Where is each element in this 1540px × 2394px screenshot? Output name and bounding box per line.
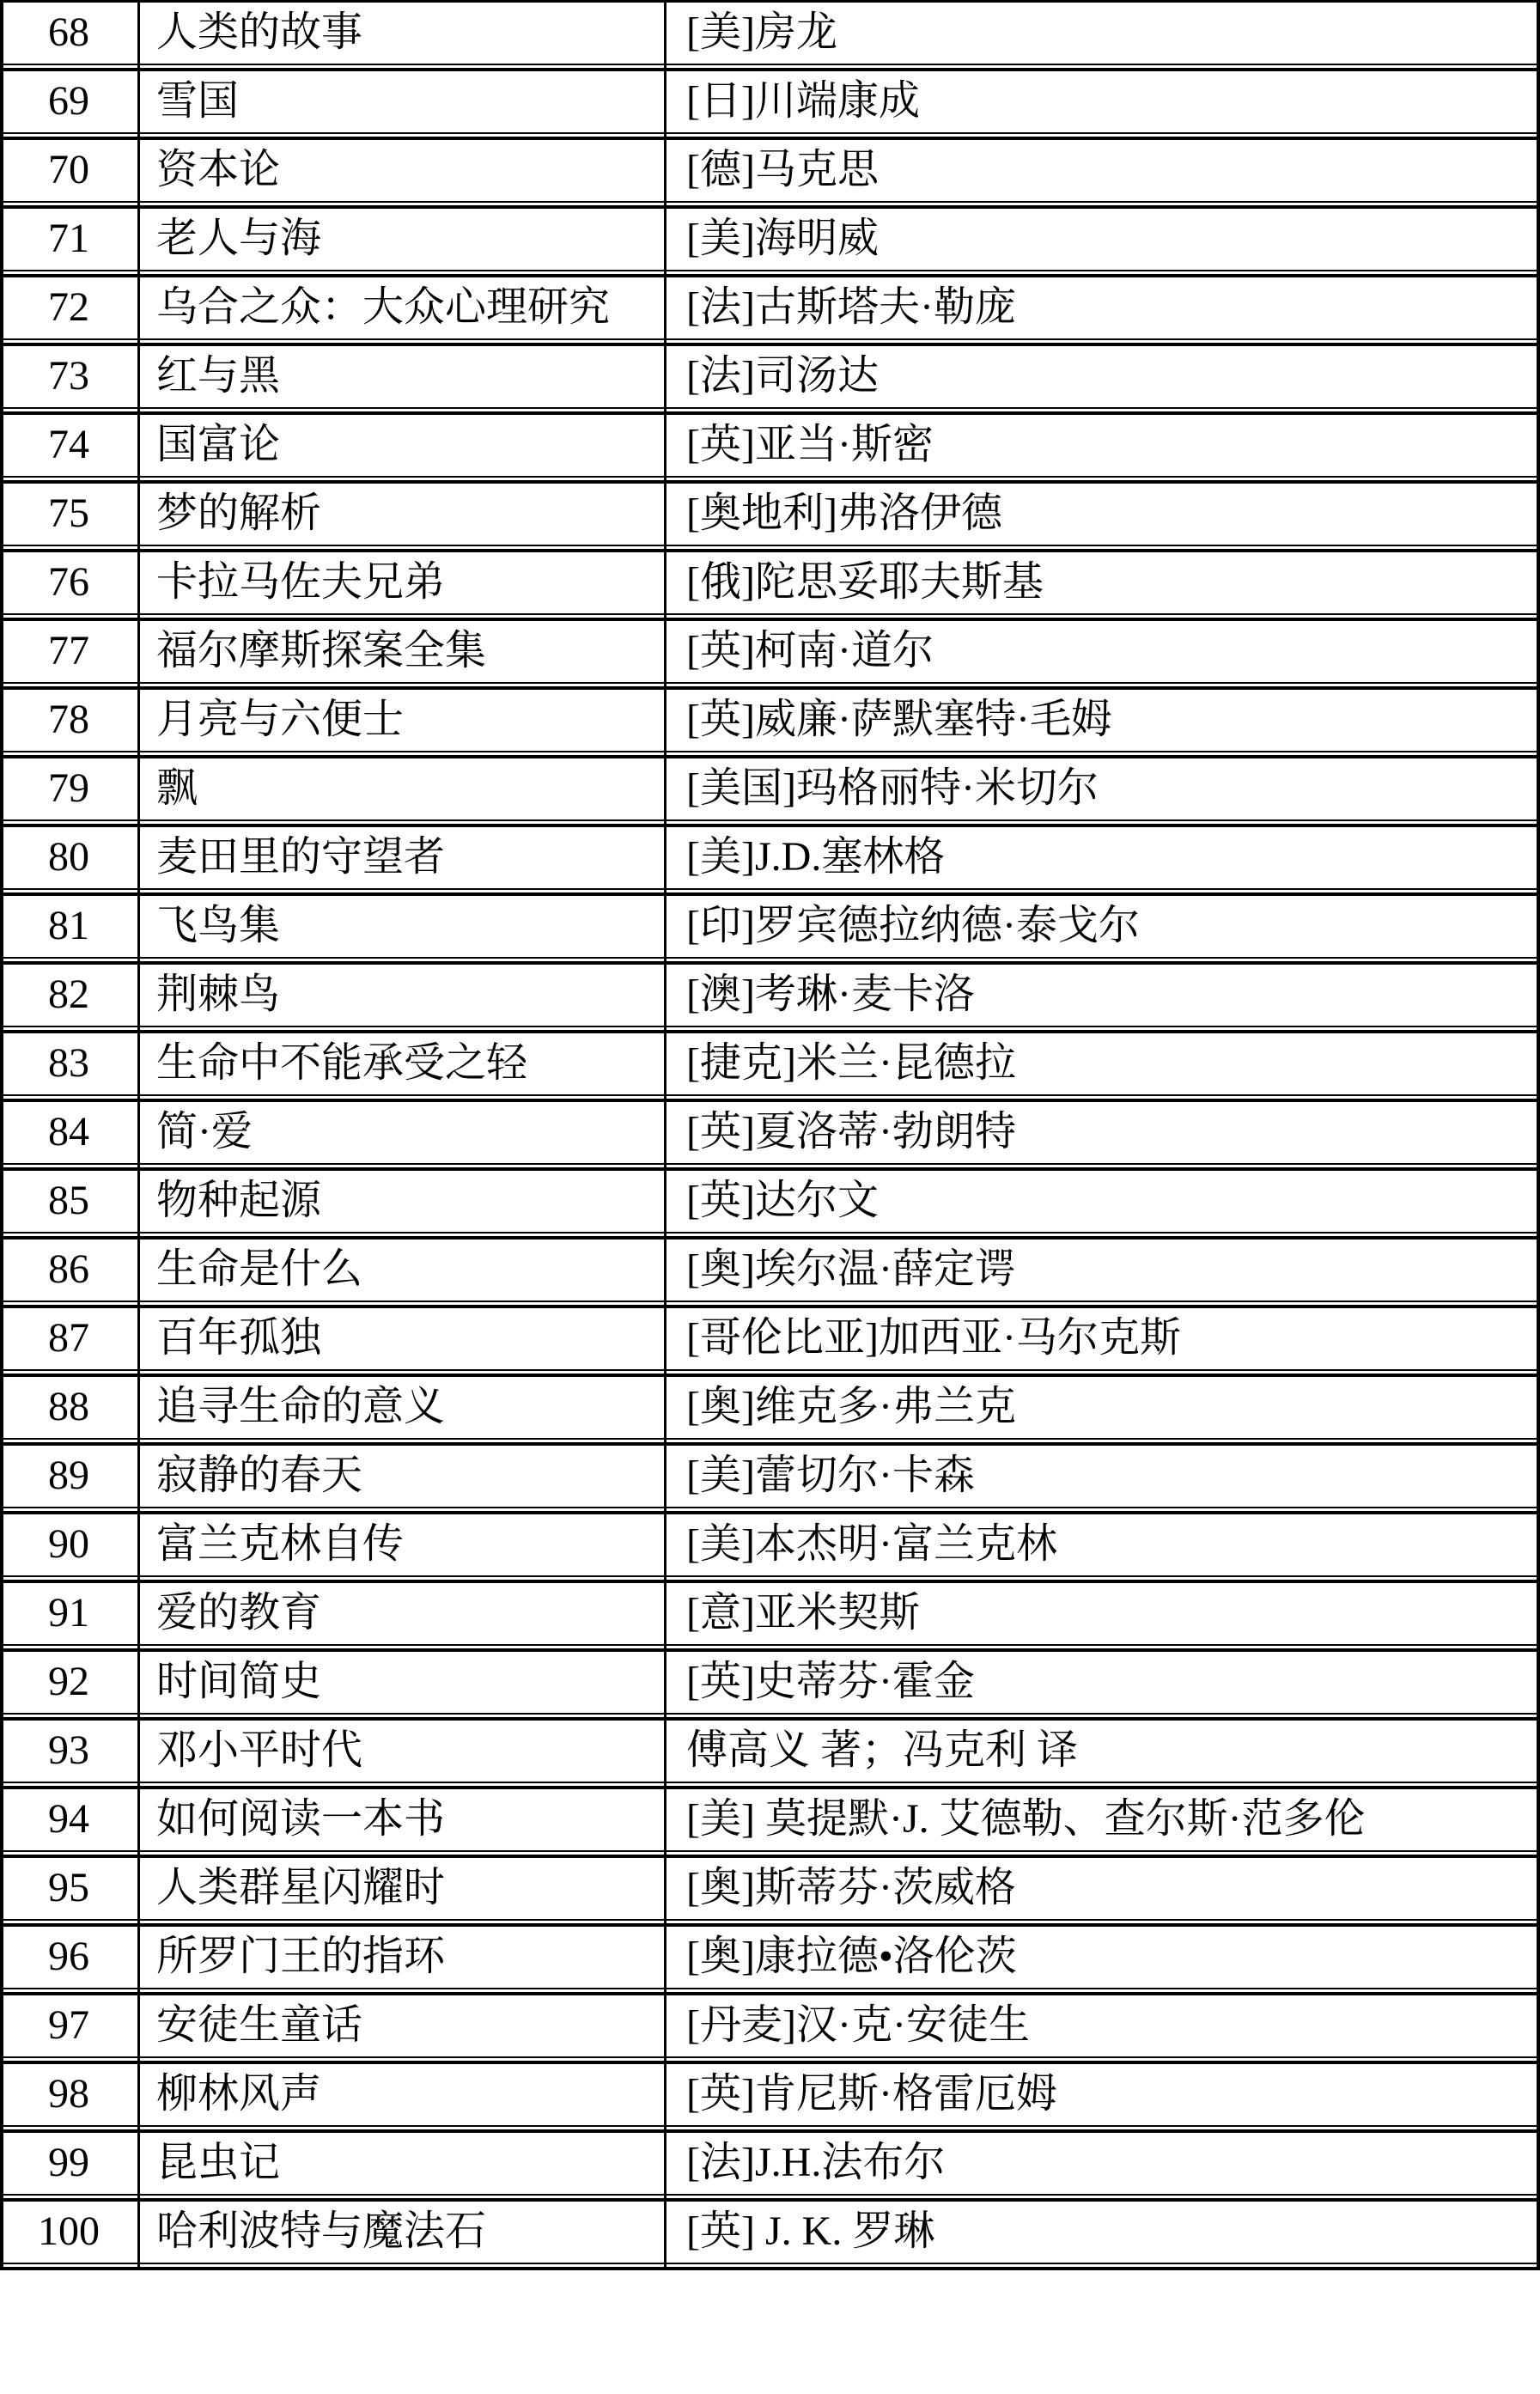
book-author-cell: [英] J. K. 罗琳	[664, 2209, 1540, 2255]
book-number-cell: 87	[0, 1316, 137, 1361]
book-number-cell: 83	[0, 1041, 137, 1087]
book-number-cell: 70	[0, 148, 137, 193]
book-author-cell: [英]达尔文	[664, 1179, 1540, 1224]
book-number-cell: 91	[0, 1591, 137, 1636]
book-number-cell: 76	[0, 560, 137, 606]
book-author-cell: [法]司汤达	[664, 354, 1540, 399]
book-title-cell: 生命是什么	[137, 1247, 664, 1293]
table-rows: 68 人类的故事 [美]房龙 69 雪国 [日]川端康成 70 资本论 [德]马…	[0, 3, 1540, 2270]
book-title-cell: 物种起源	[137, 1179, 664, 1224]
book-author-cell: [法]古斯塔夫·勒庞	[664, 285, 1540, 331]
book-title-cell: 雪国	[137, 79, 664, 125]
book-number-cell: 73	[0, 354, 137, 399]
book-number-cell: 68	[0, 10, 137, 56]
table-row: 82 荆棘鸟 [澳]考琳·麦卡洛	[0, 965, 1540, 1033]
table-row: 78 月亮与六便士 [英]威廉·萨默塞特·毛姆	[0, 690, 1540, 758]
table-row: 98 柳林风声 [英]肯尼斯·格雷厄姆	[0, 2064, 1540, 2133]
document-page: 68 人类的故事 [美]房龙 69 雪国 [日]川端康成 70 资本论 [德]马…	[0, 0, 1540, 2394]
table-border-left	[0, 0, 3, 2270]
book-title-cell: 梦的解析	[137, 491, 664, 537]
book-number-cell: 88	[0, 1385, 137, 1430]
book-author-cell: [美] 莫提默·J. 艾德勒、查尔斯·范多伦	[664, 1797, 1540, 1843]
book-author-cell: [日]川端康成	[664, 79, 1540, 125]
book-author-cell: [法]J.H.法布尔	[664, 2141, 1540, 2186]
book-title-cell: 红与黑	[137, 354, 664, 399]
book-author-cell: [英]史蒂芬·霍金	[664, 1660, 1540, 1705]
book-title-cell: 时间简史	[137, 1660, 664, 1705]
book-number-cell: 85	[0, 1179, 137, 1224]
table-row: 83 生命中不能承受之轻 [捷克]米兰·昆德拉	[0, 1033, 1540, 1102]
book-number-cell: 69	[0, 79, 137, 125]
table-row: 97 安徒生童话 [丹麦]汉·克·安徒生	[0, 1995, 1540, 2064]
table-row: 69 雪国 [日]川端康成	[0, 71, 1540, 140]
book-title-cell: 富兰克林自传	[137, 1522, 664, 1568]
book-author-cell: [美]J.D.塞林格	[664, 835, 1540, 880]
book-title-cell: 寂静的春天	[137, 1453, 664, 1499]
book-number-cell: 79	[0, 766, 137, 812]
book-number-cell: 99	[0, 2141, 137, 2186]
book-title-cell: 福尔摩斯探案全集	[137, 629, 664, 674]
table-row: 74 国富论 [英]亚当·斯密	[0, 415, 1540, 484]
table-row: 77 福尔摩斯探案全集 [英]柯南·道尔	[0, 621, 1540, 690]
book-title-cell: 飞鸟集	[137, 904, 664, 949]
book-title-cell: 卡拉马佐夫兄弟	[137, 560, 664, 606]
book-title-cell: 爱的教育	[137, 1591, 664, 1636]
book-title-cell: 简·爱	[137, 1110, 664, 1155]
table-border-right	[1537, 0, 1540, 2270]
table-column-divider-1	[137, 0, 140, 2270]
book-title-cell: 人类的故事	[137, 10, 664, 56]
book-number-cell: 75	[0, 491, 137, 537]
book-title-cell: 人类群星闪耀时	[137, 1866, 664, 1911]
table-row: 95 人类群星闪耀时 [奥]斯蒂芬·茨威格	[0, 1858, 1540, 1927]
book-number-cell: 90	[0, 1522, 137, 1568]
table-row: 71 老人与海 [美]海明威	[0, 209, 1540, 277]
book-author-cell: [美]海明威	[664, 216, 1540, 262]
book-author-cell: [美]蕾切尔·卡森	[664, 1453, 1540, 1499]
book-author-cell: [英]夏洛蒂·勃朗特	[664, 1110, 1540, 1155]
table-row: 90 富兰克林自传 [美]本杰明·富兰克林	[0, 1514, 1540, 1583]
book-number-cell: 82	[0, 972, 137, 1018]
reading-list-table: 68 人类的故事 [美]房龙 69 雪国 [日]川端康成 70 资本论 [德]马…	[0, 0, 1540, 2270]
table-row: 68 人类的故事 [美]房龙	[0, 3, 1540, 71]
book-number-cell: 74	[0, 423, 137, 468]
table-row: 86 生命是什么 [奥]埃尔温·薛定谔	[0, 1240, 1540, 1308]
table-row: 80 麦田里的守望者 [美]J.D.塞林格	[0, 827, 1540, 896]
table-row: 76 卡拉马佐夫兄弟 [俄]陀思妥耶夫斯基	[0, 552, 1540, 621]
book-author-cell: [奥]斯蒂芬·茨威格	[664, 1866, 1540, 1911]
book-author-cell: [德]马克思	[664, 148, 1540, 193]
book-title-cell: 追寻生命的意义	[137, 1385, 664, 1430]
table-row: 99 昆虫记 [法]J.H.法布尔	[0, 2133, 1540, 2202]
book-author-cell: [美]本杰明·富兰克林	[664, 1522, 1540, 1568]
book-title-cell: 邓小平时代	[137, 1728, 664, 1774]
book-title-cell: 如何阅读一本书	[137, 1797, 664, 1843]
book-number-cell: 84	[0, 1110, 137, 1155]
book-author-cell: [奥地利]弗洛伊德	[664, 491, 1540, 537]
table-row: 70 资本论 [德]马克思	[0, 140, 1540, 209]
book-author-cell: [英]亚当·斯密	[664, 423, 1540, 468]
book-title-cell: 荆棘鸟	[137, 972, 664, 1018]
book-number-cell: 72	[0, 285, 137, 331]
book-number-cell: 92	[0, 1660, 137, 1705]
book-title-cell: 资本论	[137, 148, 664, 193]
book-number-cell: 95	[0, 1866, 137, 1911]
book-title-cell: 乌合之众：大众心理研究	[137, 285, 664, 331]
book-number-cell: 71	[0, 216, 137, 262]
book-number-cell: 97	[0, 2003, 137, 2049]
book-author-cell: [英]威廉·萨默塞特·毛姆	[664, 697, 1540, 743]
book-number-cell: 89	[0, 1453, 137, 1499]
book-number-cell: 96	[0, 1934, 137, 1980]
book-title-cell: 安徒生童话	[137, 2003, 664, 2049]
book-author-cell: [奥]维克多·弗兰克	[664, 1385, 1540, 1430]
table-row: 87 百年孤独 [哥伦比亚]加西亚·马尔克斯	[0, 1308, 1540, 1377]
book-number-cell: 81	[0, 904, 137, 949]
table-row: 92 时间简史 [英]史蒂芬·霍金	[0, 1652, 1540, 1721]
book-author-cell: 傅高义 著；冯克利 译	[664, 1728, 1540, 1774]
table-row: 81 飞鸟集 [印]罗宾德拉纳德·泰戈尔	[0, 896, 1540, 965]
book-number-cell: 77	[0, 629, 137, 674]
table-top-border	[0, 0, 1540, 3]
book-title-cell: 老人与海	[137, 216, 664, 262]
book-title-cell: 生命中不能承受之轻	[137, 1041, 664, 1087]
book-title-cell: 柳林风声	[137, 2072, 664, 2117]
book-author-cell: [哥伦比亚]加西亚·马尔克斯	[664, 1316, 1540, 1361]
book-number-cell: 86	[0, 1247, 137, 1293]
book-author-cell: [英]肯尼斯·格雷厄姆	[664, 2072, 1540, 2117]
book-author-cell: [英]柯南·道尔	[664, 629, 1540, 674]
book-author-cell: [俄]陀思妥耶夫斯基	[664, 560, 1540, 606]
table-row: 84 简·爱 [英]夏洛蒂·勃朗特	[0, 1102, 1540, 1171]
book-author-cell: [印]罗宾德拉纳德·泰戈尔	[664, 904, 1540, 949]
table-row: 73 红与黑 [法]司汤达	[0, 346, 1540, 415]
table-row: 79 飘 [美国]玛格丽特·米切尔	[0, 758, 1540, 827]
table-row: 93 邓小平时代 傅高义 著；冯克利 译	[0, 1721, 1540, 1789]
table-row: 88 追寻生命的意义 [奥]维克多·弗兰克	[0, 1377, 1540, 1446]
book-number-cell: 100	[0, 2209, 137, 2255]
book-title-cell: 飘	[137, 766, 664, 812]
table-row: 96 所罗门王的指环 [奥]康拉德•洛伦茨	[0, 1927, 1540, 1995]
table-row: 94 如何阅读一本书 [美] 莫提默·J. 艾德勒、查尔斯·范多伦	[0, 1789, 1540, 1858]
book-author-cell: [奥]埃尔温·薛定谔	[664, 1247, 1540, 1293]
book-title-cell: 昆虫记	[137, 2141, 664, 2186]
table-row: 91 爱的教育 [意]亚米契斯	[0, 1583, 1540, 1652]
book-title-cell: 麦田里的守望者	[137, 835, 664, 880]
book-author-cell: [意]亚米契斯	[664, 1591, 1540, 1636]
book-number-cell: 98	[0, 2072, 137, 2117]
table-row: 100 哈利波特与魔法石 [英] J. K. 罗琳	[0, 2202, 1540, 2270]
book-title-cell: 国富论	[137, 423, 664, 468]
table-row: 89 寂静的春天 [美]蕾切尔·卡森	[0, 1446, 1540, 1514]
book-title-cell: 月亮与六便士	[137, 697, 664, 743]
table-row: 85 物种起源 [英]达尔文	[0, 1171, 1540, 1240]
book-title-cell: 所罗门王的指环	[137, 1934, 664, 1980]
book-author-cell: [丹麦]汉·克·安徒生	[664, 2003, 1540, 2049]
book-author-cell: [美国]玛格丽特·米切尔	[664, 766, 1540, 812]
book-author-cell: [捷克]米兰·昆德拉	[664, 1041, 1540, 1087]
book-author-cell: [奥]康拉德•洛伦茨	[664, 1934, 1540, 1980]
book-number-cell: 93	[0, 1728, 137, 1774]
book-title-cell: 百年孤独	[137, 1316, 664, 1361]
book-number-cell: 80	[0, 835, 137, 880]
book-number-cell: 78	[0, 697, 137, 743]
book-number-cell: 94	[0, 1797, 137, 1843]
book-author-cell: [澳]考琳·麦卡洛	[664, 972, 1540, 1018]
book-author-cell: [美]房龙	[664, 10, 1540, 56]
table-row: 75 梦的解析 [奥地利]弗洛伊德	[0, 484, 1540, 552]
book-title-cell: 哈利波特与魔法石	[137, 2209, 664, 2255]
table-column-divider-2	[664, 0, 667, 2270]
table-row: 72 乌合之众：大众心理研究 [法]古斯塔夫·勒庞	[0, 277, 1540, 346]
